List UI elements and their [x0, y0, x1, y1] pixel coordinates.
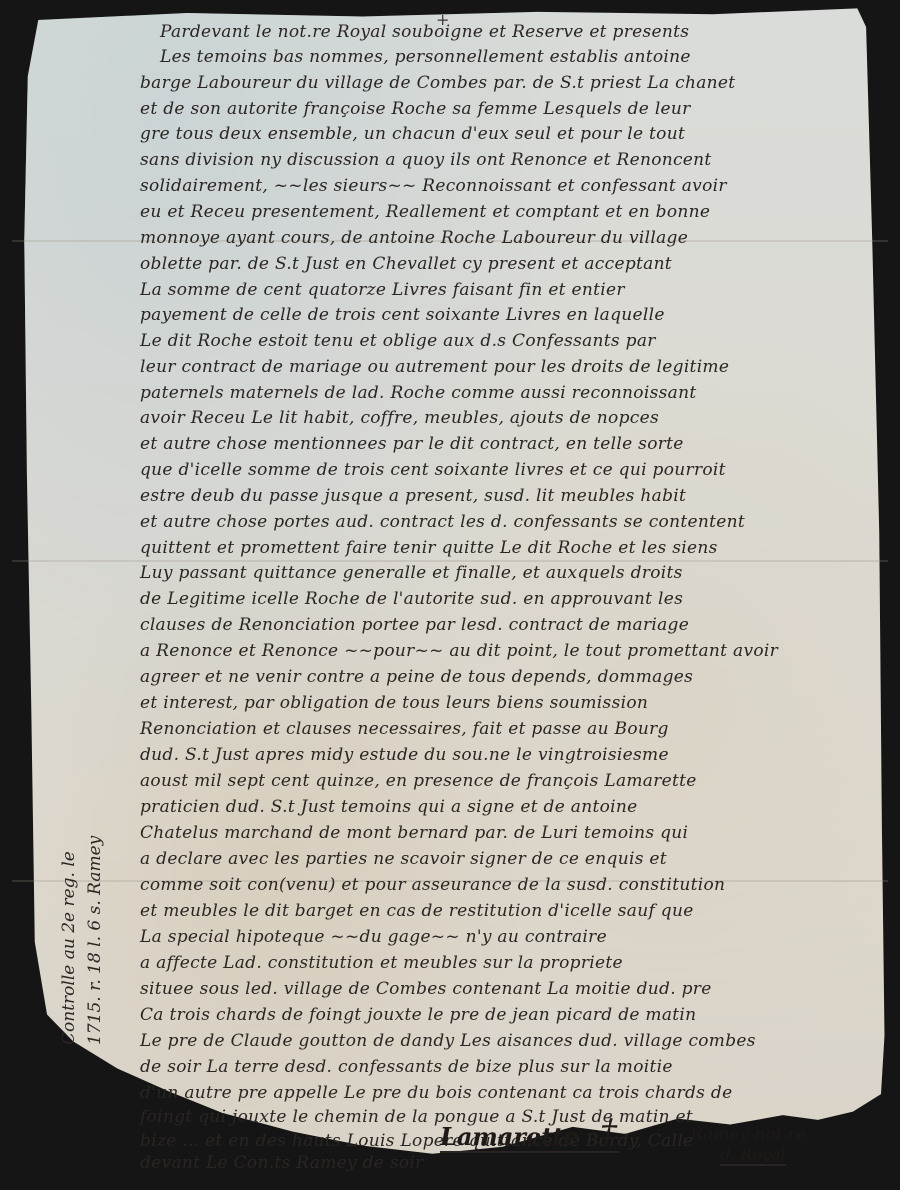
manuscript-line: et de son autorite françoise Roche sa fe… [140, 99, 691, 119]
manuscript-line: de Legitime icelle Roche de l'autorite s… [140, 589, 683, 609]
manuscript-line: et autre chose mentionnees par le dit co… [140, 434, 684, 454]
margin-note-line: 1715. r. 18 l. 6 s. Ramey [82, 836, 108, 1045]
manuscript-line: Ca trois chards de foingt jouxte le pre … [140, 1005, 696, 1025]
manuscript-line: situee sous led. village de Combes conte… [140, 979, 712, 999]
manuscript-line: eu et Receu presentement, Reallement et … [140, 202, 710, 222]
manuscript-line: que d'icelle somme de trois cent soixant… [140, 460, 726, 480]
signature-notary: Ramey not.re [690, 1125, 806, 1145]
manuscript-line: dud. S.t Just apres midy estude du sou.n… [140, 745, 669, 765]
manuscript-line: estre deub du passe jusque a present, su… [140, 486, 686, 506]
fold-crease [12, 560, 888, 562]
manuscript-line: a Renonce et Renonce ~~pour~~ au dit poi… [140, 641, 778, 661]
manuscript-line: clauses de Renonciation portee par lesd.… [140, 615, 689, 635]
manuscript-line: monnoye ayant cours, de antoine Roche La… [140, 228, 688, 248]
manuscript-line: Luy passant quittance generalle et final… [140, 563, 683, 583]
manuscript-line: avoir Receu Le lit habit, coffre, meuble… [140, 408, 659, 428]
manuscript-line: leur contract de mariage ou autrement po… [140, 357, 729, 377]
manuscript-line: devant Le Con.ts Ramey de soir [140, 1153, 424, 1173]
manuscript-line: Les temoins bas nommes, personnellement … [160, 47, 691, 67]
manuscript-line: a declare avec les parties ne scavoir si… [140, 849, 667, 869]
manuscript-line: et interest, par obligation de tous leur… [140, 693, 648, 713]
manuscript-line: sans division ny discussion a quoy ils o… [140, 150, 712, 170]
manuscript-line: Le pre de Claude goutton de dandy Les ai… [140, 1031, 756, 1051]
manuscript-line: d'un autre pre appelle Le pre du bois co… [140, 1083, 732, 1103]
manuscript-line: gre tous deux ensemble, un chacun d'eux … [140, 124, 685, 144]
margin-annotation: Controlle au 2e reg. le 1715. r. 18 l. 6… [56, 836, 108, 1045]
signature-flourish: ‡ [600, 1112, 617, 1152]
scan-background: + Pardevant le not.re Royal souboigne et… [0, 0, 900, 1190]
manuscript-line: payement de celle de trois cent soixante… [140, 305, 665, 325]
manuscript-line: praticien dud. S.t Just temoins qui a si… [140, 797, 637, 817]
manuscript-line: Le dit Roche estoit tenu et oblige aux d… [140, 331, 656, 351]
manuscript-line: a affecte Lad. constitution et meubles s… [140, 953, 623, 973]
manuscript-line: agreer et ne venir contre a peine de tou… [140, 667, 693, 687]
manuscript-line: barge Laboureur du village de Combes par… [140, 73, 735, 93]
manuscript-line: paternels maternels de lad. Roche comme … [140, 383, 696, 403]
manuscript-line: Pardevant le not.re Royal souboigne et R… [160, 22, 689, 42]
manuscript-line: oblette par. de S.t Just en Chevallet cy… [140, 254, 672, 274]
manuscript-line: comme soit con(venu) et pour asseurance … [140, 875, 725, 895]
manuscript-line: Chatelus marchand de mont bernard par. d… [140, 823, 688, 843]
manuscript-line: aoust mil sept cent quinze, en presence … [140, 771, 697, 791]
manuscript-line: Renonciation et clauses necessaires, fai… [140, 719, 669, 739]
manuscript-line: solidairement, ~~les sieurs~~ Reconnoiss… [140, 176, 727, 196]
signature-notary-sub: d. Royal [720, 1145, 786, 1166]
manuscript-line: La special hipoteque ~~du gage~~ n'y au … [140, 927, 607, 947]
manuscript-line: et autre chose portes aud. contract les … [140, 512, 745, 532]
manuscript-line: et meubles le dit barget en cas de resti… [140, 901, 694, 921]
manuscript-line: La somme de cent quatorze Livres faisant… [140, 280, 625, 300]
signature-lamarette: Lamarette [440, 1122, 619, 1153]
manuscript-line: quittent et promettent faire tenir quitt… [140, 538, 718, 558]
margin-note-line: Controlle au 2e reg. le [56, 836, 82, 1045]
manuscript-line: de soir La terre desd. confessants de bi… [140, 1057, 673, 1077]
